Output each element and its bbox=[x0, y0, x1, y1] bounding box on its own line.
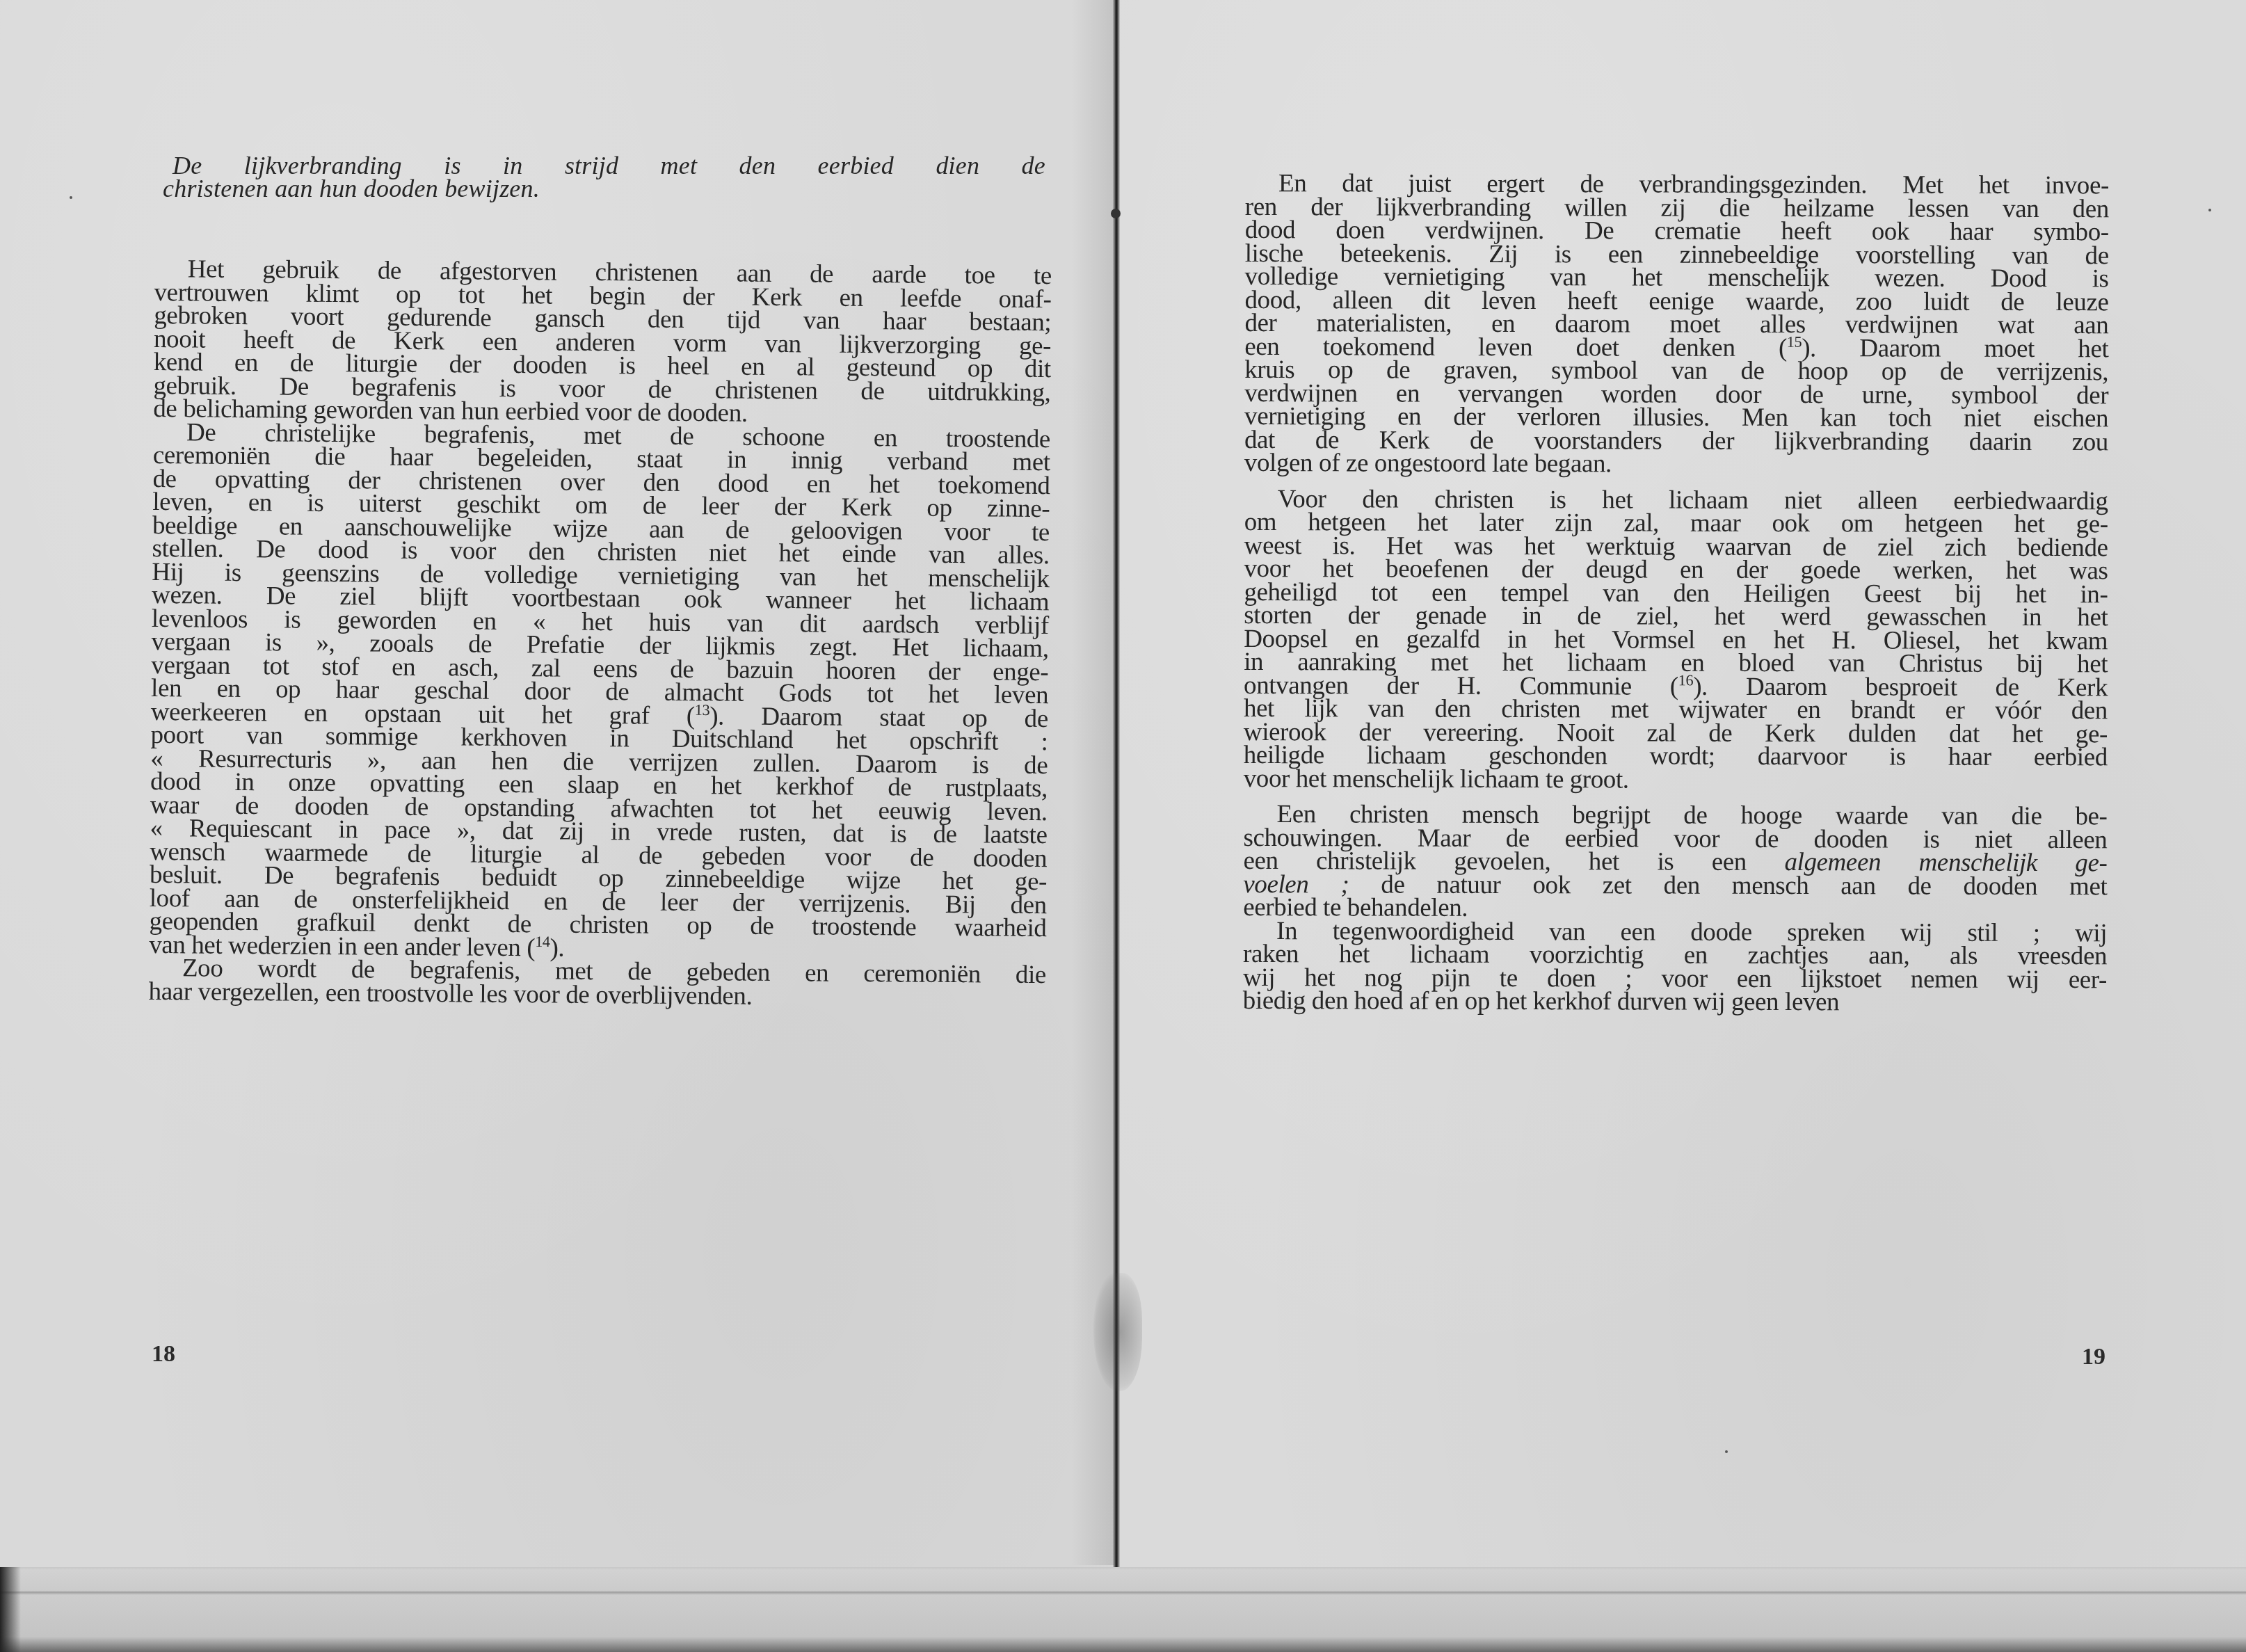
heading-line: christenen aan hun dooden bewijzen. bbox=[163, 177, 1045, 200]
paragraph: De christelijke begrafenis, met de schoo… bbox=[149, 420, 1050, 963]
paragraph: Zoo wordt de begrafenis, met de gebeden … bbox=[149, 956, 1046, 1010]
paper-speck bbox=[1111, 209, 1121, 218]
paragraph: Voor den christen is het lichaam niet al… bbox=[1244, 487, 2108, 792]
footnote-ref: 13 bbox=[695, 700, 710, 718]
paragraph: In tegenwoordigheid van een doode spreke… bbox=[1243, 919, 2107, 1014]
page-number-left: 18 bbox=[152, 1341, 175, 1368]
page-number-right: 19 bbox=[2082, 1344, 2105, 1370]
cover-shadow bbox=[0, 1567, 21, 1652]
footnote-ref: 15 bbox=[1787, 332, 1802, 350]
paper-speck bbox=[70, 196, 72, 199]
right-page-body: En dat juist ergert de verbrandingsgezin… bbox=[1243, 172, 2109, 1015]
left-page-body: Het gebruik de afgestorven christenen aa… bbox=[149, 257, 1052, 1010]
paper-speck bbox=[1725, 1450, 1728, 1453]
section-heading: De lijkverbranding is in strijd met den … bbox=[173, 154, 1045, 200]
paragraph: En dat juist ergert de verbrandingsgezin… bbox=[1244, 172, 2109, 477]
water-stain bbox=[1093, 1273, 1142, 1391]
paragraph: Het gebruik de afgestorven christenen aa… bbox=[153, 257, 1052, 428]
book-gutter bbox=[1113, 0, 1120, 1652]
paper-speck bbox=[2208, 209, 2211, 211]
footnote-ref: 14 bbox=[535, 933, 550, 950]
footnote-ref: 16 bbox=[1678, 671, 1693, 689]
paragraph: Een christen mensch begrijpt de hooge wa… bbox=[1243, 803, 2107, 922]
page-edges bbox=[0, 1567, 2246, 1652]
